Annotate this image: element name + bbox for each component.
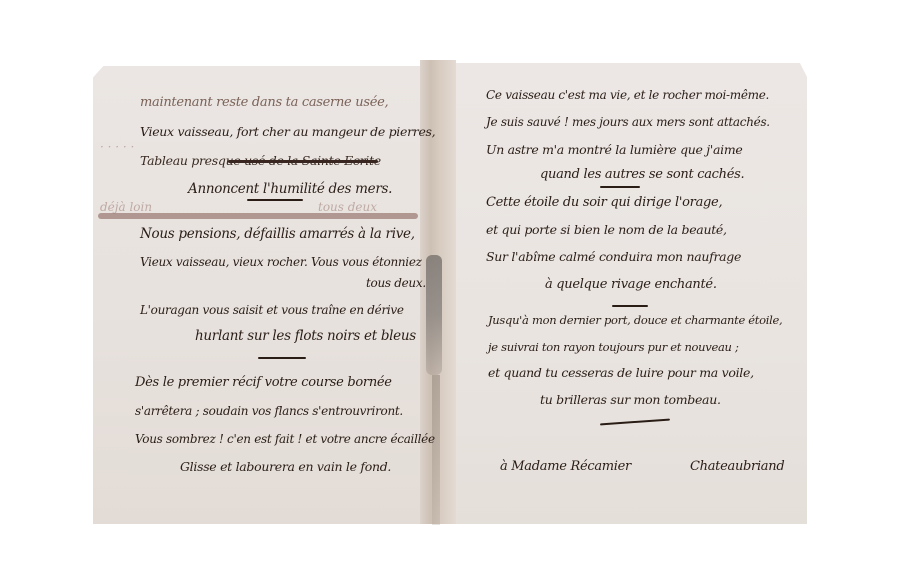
- ghost-text: déjà loin: [100, 200, 152, 214]
- left-line: tous deux.: [366, 276, 426, 290]
- manuscript-photo: maintenant reste dans ta caserne usée, V…: [0, 0, 900, 564]
- right-line: et quand tu cesseras de luire pour ma vo…: [488, 365, 754, 380]
- left-line: L'ouragan vous saisit et vous traîne en …: [140, 303, 404, 317]
- right-line: Sur l'abîme calmé conduira mon naufrage: [486, 249, 741, 264]
- left-line: Vieux vaisseau, vieux rocher. Vous vous …: [140, 255, 422, 269]
- strikethrough: [228, 160, 378, 163]
- left-line: hurlant sur les flots noirs et bleus: [195, 328, 416, 344]
- right-line: Je suis sauvé ! mes jours aux mers sont …: [486, 115, 770, 129]
- right-line: et qui porte si bien le nom de la beauté…: [486, 222, 727, 237]
- stanza-rule: [600, 186, 640, 188]
- spine-stain: [426, 255, 442, 375]
- right-page: [452, 63, 807, 524]
- stanza-rule: [258, 357, 306, 359]
- strikethrough: [98, 213, 418, 219]
- right-line: tu brilleras sur mon tombeau.: [540, 392, 721, 407]
- stanza-rule: [612, 305, 648, 307]
- right-line: quand les autres se sont cachés.: [540, 167, 744, 182]
- dedication: à Madame Récamier: [500, 459, 631, 474]
- right-line: Jusqu'à mon dernier port, douce et charm…: [488, 313, 782, 327]
- right-line: Un astre m'a montré la lumière que j'aim…: [486, 142, 743, 157]
- left-line: Vous sombrez ! c'en est fait ! et votre …: [135, 432, 435, 446]
- ghost-text: tous deux: [318, 200, 377, 214]
- right-line: à quelque rivage enchanté.: [545, 277, 717, 292]
- right-line: je suivrai ton rayon toujours pur et nou…: [488, 340, 739, 354]
- ghost-text: · · · · ·: [100, 140, 134, 154]
- left-line: Annoncent l'humilité des mers.: [188, 181, 392, 197]
- left-line: Glisse et labourera en vain le fond.: [180, 459, 391, 474]
- left-line: maintenant reste dans ta caserne usée,: [140, 95, 388, 110]
- right-line: Ce vaisseau c'est ma vie, et le rocher m…: [486, 88, 769, 102]
- left-line: Vieux vaisseau, fort cher au mangeur de …: [140, 124, 435, 139]
- signature: Chateaubriand: [690, 459, 784, 474]
- stanza-rule: [247, 199, 303, 201]
- spine-stain-lower: [432, 375, 440, 525]
- left-line: Dès le premier récif votre course bornée: [135, 375, 392, 390]
- right-line: Cette étoile du soir qui dirige l'orage,: [486, 195, 722, 210]
- left-line: s'arrêtera ; soudain vos flancs s'entrou…: [135, 404, 403, 418]
- left-line: Nous pensions, défaillis amarrés à la ri…: [140, 226, 415, 242]
